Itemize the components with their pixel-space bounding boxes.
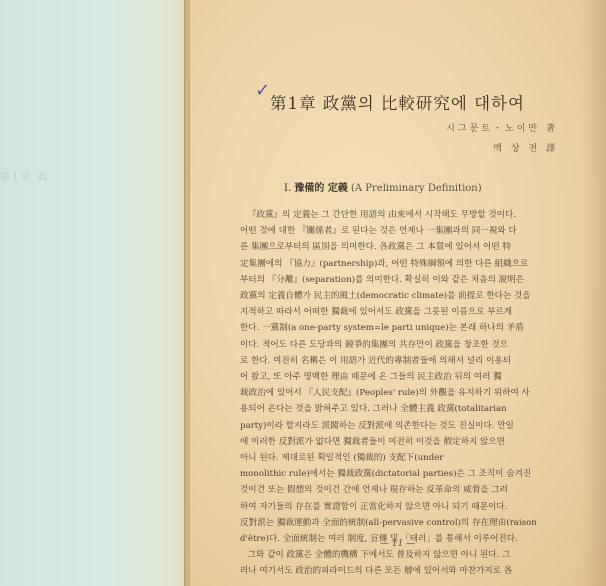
body-line: 어떤 것에 대한 『關係者』로 된다는 것은 언제나 一集團과의 同一視와 다: [240, 223, 584, 239]
left-page: 第1章 政: [0, 0, 186, 586]
body-line: 이다. 적어도 다른 도당과의 競爭的集團의 共存만이 政黨을 창조한 것으: [240, 337, 584, 353]
body-text: 『政黨』의 定義는 그 간단한 用語의 由來에서 시작해도 무방할 것이다.어떤…: [240, 207, 584, 580]
body-line: 용되어 온다는 것을 밝혀주고 있다. 그러나 全體主義 政黨(totalita…: [240, 401, 584, 417]
section-heading: I. 豫備的 定義 (A Preliminary Definition): [284, 179, 482, 194]
translator-line: 백 상 전 譯: [493, 141, 558, 154]
body-line: 러나 여기서도 政治的피라미드의 다른 모든 層에 있어서와 마찬가지로 各: [240, 563, 584, 579]
section-number: I.: [284, 183, 291, 194]
body-line: 한다. 一黨制(a one-party system=le parti uniq…: [240, 320, 584, 336]
page-number: — 11 —: [380, 539, 415, 549]
body-line: 定集團에의 『協力』(partnership)과, 어떤 特殊綱領에 의한 다른…: [240, 256, 584, 272]
body-line: 그와 같이 政黨은 全體的機構 下에서도 普及하지 않으면 아니 된다. 그: [240, 547, 584, 563]
body-line: 지적하고 따라서 어떠한 獨裁에 있어서도 政黨을 그릇된 이름으로 부르게: [240, 304, 584, 320]
body-line: 에 이러한 反對派가 없다면 獨裁者들이 여전히 이것을 假定하지 않으면: [240, 434, 584, 450]
body-line: 하여 자기들의 存在를 實證함이 正當化하지 않으면 아니 되기 때문이다.: [240, 499, 584, 515]
chapter-title: 第1章 政黨의 比較研究에 대하여: [270, 90, 570, 114]
body-line: monolithic rule)에서는 獨裁政黨(dictatorial par…: [240, 466, 584, 482]
body-line: 『政黨』의 定義는 그 간단한 用語의 由來에서 시작해도 무방할 것이다.: [240, 207, 584, 223]
body-line: 어 왔고, 또 아주 명백한 理由 때문에 온 그들의 民主政治 뒤의 여러 獨: [240, 369, 584, 385]
section-title-ko: 豫備的 定義: [294, 183, 347, 194]
body-line: 부터의 『分離』(separation)를 의미한다. 확실히 이와 같은 처음…: [240, 272, 584, 288]
body-line: 로 한다. 여전히 名稱은 이 用語가 近代的專制者들에 의해서 널리 이용되: [240, 353, 584, 369]
body-line: party)이라 할지라도 派閥하는 反對派에 의존한다는 것도 진실이다. 만…: [240, 418, 584, 434]
body-line: 아니 된다. 제대로된 획일적인 (獨裁的) 支配下(under: [240, 450, 584, 466]
body-line: 政黨의 定義自體가 民主的風土(democratic climate)를 前提로…: [240, 288, 584, 304]
body-line: 裁政治에 있어서 『人民支配』(Peoples' rule)의 外觀을 유지하기…: [240, 385, 584, 401]
bleed-through-text: 第1章 政: [0, 168, 80, 183]
body-line: 反對派는 獨裁運動과 全面的統制(all-pervasive control)의…: [240, 515, 584, 531]
body-line: 른 集團으로부터의 區別을 의미한다. 各政黨은 그 本質에 있어서 어떤 特: [240, 239, 584, 255]
section-title-en: (A Preliminary Definition): [351, 183, 482, 194]
checkmark-icon: ✓: [255, 80, 270, 101]
body-line: 것이건 또는 假想의 것이건 간에 언제나 現存하는 反革命의 威脅을 그려: [240, 482, 584, 498]
author-line: 시그문트・노이만 著: [446, 121, 558, 134]
